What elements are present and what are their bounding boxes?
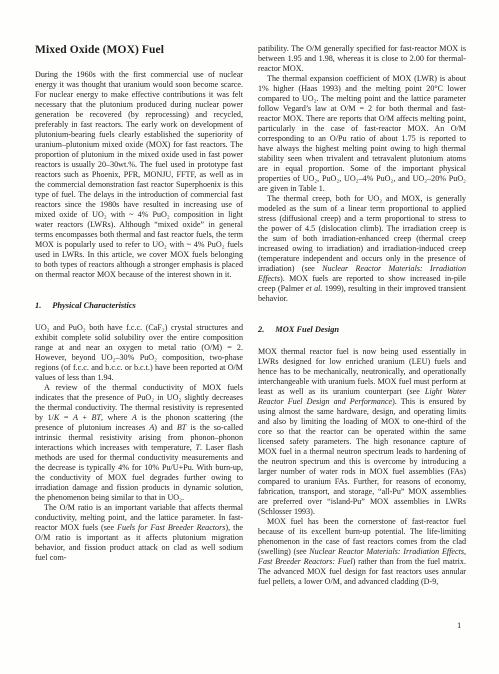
- text-segment: =: [59, 413, 73, 422]
- math-variable: BT: [177, 423, 186, 432]
- section-2-number: 2.: [258, 325, 264, 334]
- section-2-title: MOX Fuel Design: [275, 325, 339, 334]
- paragraph: UO₂ and PuO₂ both have f.c.c. (CaF₂) cry…: [35, 323, 243, 383]
- math-variable: BT: [92, 413, 101, 422]
- left-column: Mixed Oxide (MOX) Fuel During the 1960s …: [35, 44, 243, 587]
- paragraph: The O/M ratio is an important variable t…: [35, 503, 243, 563]
- paragraph: The thermal expansion coefficient of MOX…: [258, 74, 466, 194]
- document-page: Mixed Oxide (MOX) Fuel During the 1960s …: [0, 0, 499, 674]
- paragraph: The thermal creep, both for UO₂ and MOX,…: [258, 194, 466, 304]
- right-column: patibility. The O/M generally specified …: [258, 44, 466, 587]
- article-title: Mixed Oxide (MOX) Fuel: [35, 44, 243, 57]
- paragraph: patibility. The O/M generally specified …: [258, 44, 466, 74]
- text-segment: The thermal creep, both for UO₂ and MOX,…: [258, 194, 466, 273]
- text-segment: +: [78, 413, 92, 422]
- intro-paragraph: During the 1960s with the first commerci…: [35, 70, 243, 280]
- paragraph: A review of the thermal conductivity of …: [35, 383, 243, 503]
- paragraph: MOX fuel has been the cornerstone of fas…: [258, 517, 466, 587]
- paragraph: MOX thermal reactor fuel is now being us…: [258, 347, 466, 517]
- section-1-title: Physical Characteristics: [52, 301, 136, 310]
- page-number: 1: [457, 620, 461, 630]
- section-2-heading: 2.MOX Fuel Design: [258, 325, 466, 335]
- et-al-citation: et al.: [306, 284, 323, 293]
- text-segment: ) and: [154, 423, 177, 432]
- cross-reference-title: Fuels for Fast Breeder Reactors: [117, 523, 225, 532]
- section-1-number: 1.: [35, 301, 41, 310]
- text-segment: ). This is ensured by using almost the s…: [258, 397, 466, 516]
- text-segment: , where: [101, 413, 132, 422]
- section-1-heading: 1.Physical Characteristics: [35, 301, 243, 311]
- article-body: Mixed Oxide (MOX) Fuel During the 1960s …: [35, 44, 465, 587]
